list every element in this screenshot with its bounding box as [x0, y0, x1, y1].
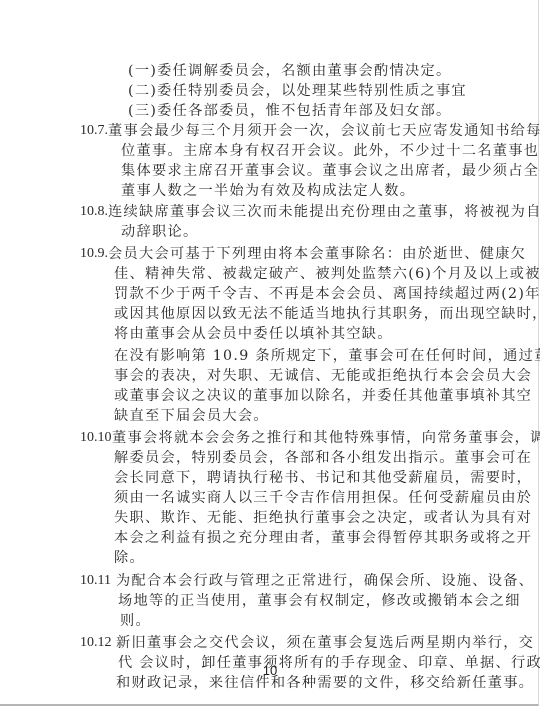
clause-10-10-line: 须由一名诚实商人以三千令吉作信用担保。任何受薪雇员由於	[114, 488, 532, 508]
sub-item-text: 委任调解委员会，名额由董事会酌情决定。	[157, 63, 451, 79]
clause-10-7-line: 位董事。主席本身有权召开会议。此外，不少过十二名董事也可	[121, 141, 540, 161]
sub-item-label: (二)	[128, 83, 157, 99]
sub-item-text: 委任特别委员会，以处理某些特别性质之事宜	[157, 83, 467, 99]
sub-item-1: (一)委任调解委员会，名额由董事会酌情决定。	[128, 61, 451, 81]
clause-10-10-line: 失职、欺诈、无能、拒绝执行董事会之决定，或者认为具有对	[114, 508, 532, 528]
clause-10-9-line: 会员大会可基于下列理由将本会董事除名：由於逝世、健康欠	[108, 244, 526, 264]
clause-10-10-line: 本会之利益有损之充分理由者，董事会得暂停其职务或将之开	[114, 528, 532, 548]
clause-10-9-line: 在没有影响第 10.9 条所规定下，董事会可在任何时间，通过董	[114, 346, 540, 366]
page-number: 10	[0, 663, 540, 678]
clause-10-7-line: 董事会最少每三个月须开会一次，会议前七天应寄发通知书给每	[108, 121, 540, 141]
clause-number: 10.11	[80, 571, 111, 591]
clause-10-9-line: 缺直至下届会员大会。	[114, 406, 269, 426]
clause-10-12-line: 新旧董事会之交代会议，须在董事会复选后两星期内举行，交	[116, 633, 534, 653]
clause-10-9-line: 罚款不少于两千令吉、不再是本会会员、离国持续超过两(2)年	[114, 284, 540, 304]
clause-10-9-line: 将由董事会从会员中委任以填补其空缺。	[114, 324, 393, 344]
sub-item-label: (一)	[128, 63, 157, 79]
clause-10-9-line: 或因其他原因以致无法不能适当地执行其职务，而出现空缺时，	[114, 304, 540, 324]
clause-10-11-line: 为配合本会行政与管理之正常进行，确保会所、设施、设备、	[116, 571, 534, 591]
clause-10-7-line: 集体要求主席召开董事会议。董事会议之出席者，最少须占全体	[121, 161, 540, 181]
clause-number: 10.7.	[80, 121, 108, 141]
clause-10-10-line: 解委员会，特别委员会，各部和各小组发出指示。董事会可在	[114, 448, 532, 468]
clause-10-8-line: 连续缺席董事会议三次而未能提出充份理由之董事，将被视为自	[108, 202, 540, 222]
sub-item-label: (三)	[128, 103, 157, 119]
clause-10-9-line: 事会的表决，对失职、无诚信、无能或拒绝执行本会会员大会	[114, 366, 532, 386]
clause-number: 10.12	[80, 633, 112, 653]
sub-item-3: (三)委任各部委员，惟不包括青年部及妇女部。	[128, 101, 451, 121]
clause-10-8-line: 动辞职论。	[121, 222, 198, 242]
sub-item-2: (二)委任特别委员会，以处理某些特别性质之事宜	[128, 81, 467, 101]
clause-10-10-line: 除。	[114, 548, 145, 568]
clause-10-11-line: 场地等的正当使用，董事会有权制定，修改或搬销本会之细	[118, 591, 521, 611]
clause-10-10-line: 董事会将就本会会务之推行和其他特殊事情，向常务董事会，调	[112, 428, 540, 448]
clause-number: 10.9.	[80, 244, 108, 264]
document-page: (一)委任调解委员会，名额由董事会酌情决定。 (二)委任特别委员会，以处理某些特…	[0, 0, 539, 706]
clause-10-9-line: 佳、精神失常、被裁定破产、被判处监禁六(6)个月及以上或被	[114, 264, 540, 284]
clause-number: 10.10	[80, 428, 112, 448]
clause-10-10-line: 会长同意下，聘请执行秘书、书记和其他受薪雇员，需要时，	[114, 468, 532, 488]
sub-item-text: 委任各部委员，惟不包括青年部及妇女部。	[157, 103, 451, 119]
clause-number: 10.8.	[80, 202, 108, 222]
clause-10-7-line: 董事人数之一半始为有效及构成法定人数。	[121, 181, 415, 201]
clause-10-9-line: 或董事会议之决议的董事加以除名，并委任其他董事填补其空	[114, 386, 532, 406]
clause-10-11-line: 则。	[120, 611, 151, 631]
